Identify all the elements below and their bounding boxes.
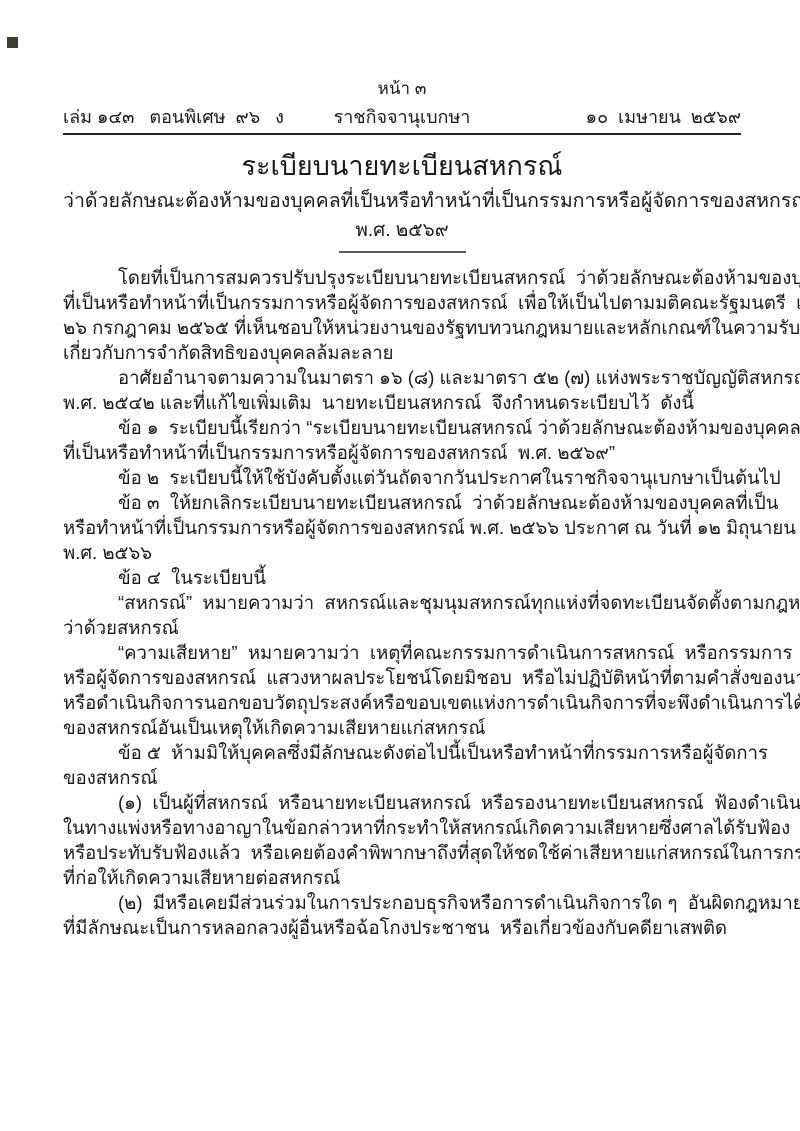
document-line: อาศัยอำนาจตามความในมาตรา ๑๖ (๘) และมาตรา… [63,365,741,390]
document-title: ระเบียบนายทะเบียนสหกรณ์ [63,148,741,184]
document-line: ที่ก่อให้เกิดความเสียหายต่อสหกรณ์ [63,865,741,890]
document-body: โดยที่เป็นการสมควรปรับปรุงระเบียบนายทะเบ… [63,265,741,940]
document-line: (๒) มีหรือเคยมีส่วนร่วมในการประกอบธุรกิจ… [63,890,741,915]
document-year: พ.ศ. ๒๕๖๙ [63,218,741,244]
volume-issue-label: เล่ม ๑๔๓ ตอนพิเศษ ๙๖ ง [63,105,284,129]
document-line: หรือดำเนินกิจการนอกขอบวัตถุประสงค์หรือขอ… [63,690,741,715]
document-line: ข้อ ๔ ในระเบียบนี้ [63,565,741,590]
document-line: ข้อ ๒ ระเบียบนี้ให้ใช้บังคับตั้งแต่วันถั… [63,465,741,490]
title-divider [339,251,466,253]
document-line: ที่เป็นหรือทำหน้าที่เป็นกรรมการหรือผู้จั… [63,440,741,465]
document-line: ในทางแพ่งหรือทางอาญาในข้อกล่าวหาที่กระทำ… [63,815,741,840]
document-line: ของสหกรณ์อันเป็นเหตุให้เกิดความเสียหายแก… [63,715,741,740]
document-line: ของสหกรณ์ [63,765,741,790]
document-line: ข้อ ๑ ระเบียบนี้เรียกว่า “ระเบียบนายทะเบ… [63,415,741,440]
document-line: ข้อ ๓ ให้ยกเลิกระเบียบนายทะเบียนสหกรณ์ ว… [63,490,741,515]
document-line: ข้อ ๕ ห้ามมิให้บุคคลซึ่งมีลักษณะดังต่อไป… [63,740,741,765]
document-subtitle: ว่าด้วยลักษณะต้องห้ามของบุคคลที่เป็นหรือ… [63,188,741,215]
document-line: ว่าด้วยสหกรณ์ [63,615,741,640]
gazette-name: ราชกิจจานุเบกษา [334,105,471,129]
document-line: พ.ศ. ๒๕๖๖ [63,540,741,565]
gazette-header-row: เล่ม ๑๔๓ ตอนพิเศษ ๙๖ ง ราชกิจจานุเบกษา ๑… [63,105,741,129]
document-line: หรือประทับรับฟ้องแล้ว หรือเคยต้องคำพิพาก… [63,840,741,865]
document-line: ที่เป็นหรือทำหน้าที่เป็นกรรมการหรือผู้จั… [63,290,741,315]
document-line: (๑) เป็นผู้ที่สหกรณ์ หรือนายทะเบียนสหกรณ… [63,790,741,815]
document-line: ที่มีลักษณะเป็นการหลอกลวงผู้อื่นหรือฉ้อโ… [63,915,741,940]
document-line: เกี่ยวกับการจำกัดสิทธิของบุคคลล้มละลาย [63,340,741,365]
document-line: “สหกรณ์” หมายความว่า สหกรณ์และชุมนุมสหกร… [63,590,741,615]
document-line: โดยที่เป็นการสมควรปรับปรุงระเบียบนายทะเบ… [63,265,741,290]
page-content: หน้า ๓ เล่ม ๑๔๓ ตอนพิเศษ ๙๖ ง ราชกิจจานุ… [63,0,741,940]
document-line: ๒๖ กรกฎาคม ๒๕๖๕ ที่เห็นชอบให้หน่วยงานของ… [63,315,741,340]
page-number: หน้า ๓ [63,78,741,100]
header-divider [63,133,741,135]
document-line: หรือผู้จัดการของสหกรณ์ แสวงหาผลประโยชน์โ… [63,665,741,690]
document-line: “ความเสียหาย” หมายความว่า เหตุที่คณะกรรม… [63,640,741,665]
document-line: พ.ศ. ๒๕๔๒ และที่แก้ไขเพิ่มเติม นายทะเบีย… [63,390,741,415]
publication-date: ๑๐ เมษายน ๒๕๖๙ [586,105,741,129]
gazette-page: หน้า ๓ เล่ม ๑๔๓ ตอนพิเศษ ๙๖ ง ราชกิจจานุ… [0,0,800,1131]
scan-corner-mark [7,37,18,48]
document-line: หรือทำหน้าที่เป็นกรรมการหรือผู้จัดการของ… [63,515,741,540]
